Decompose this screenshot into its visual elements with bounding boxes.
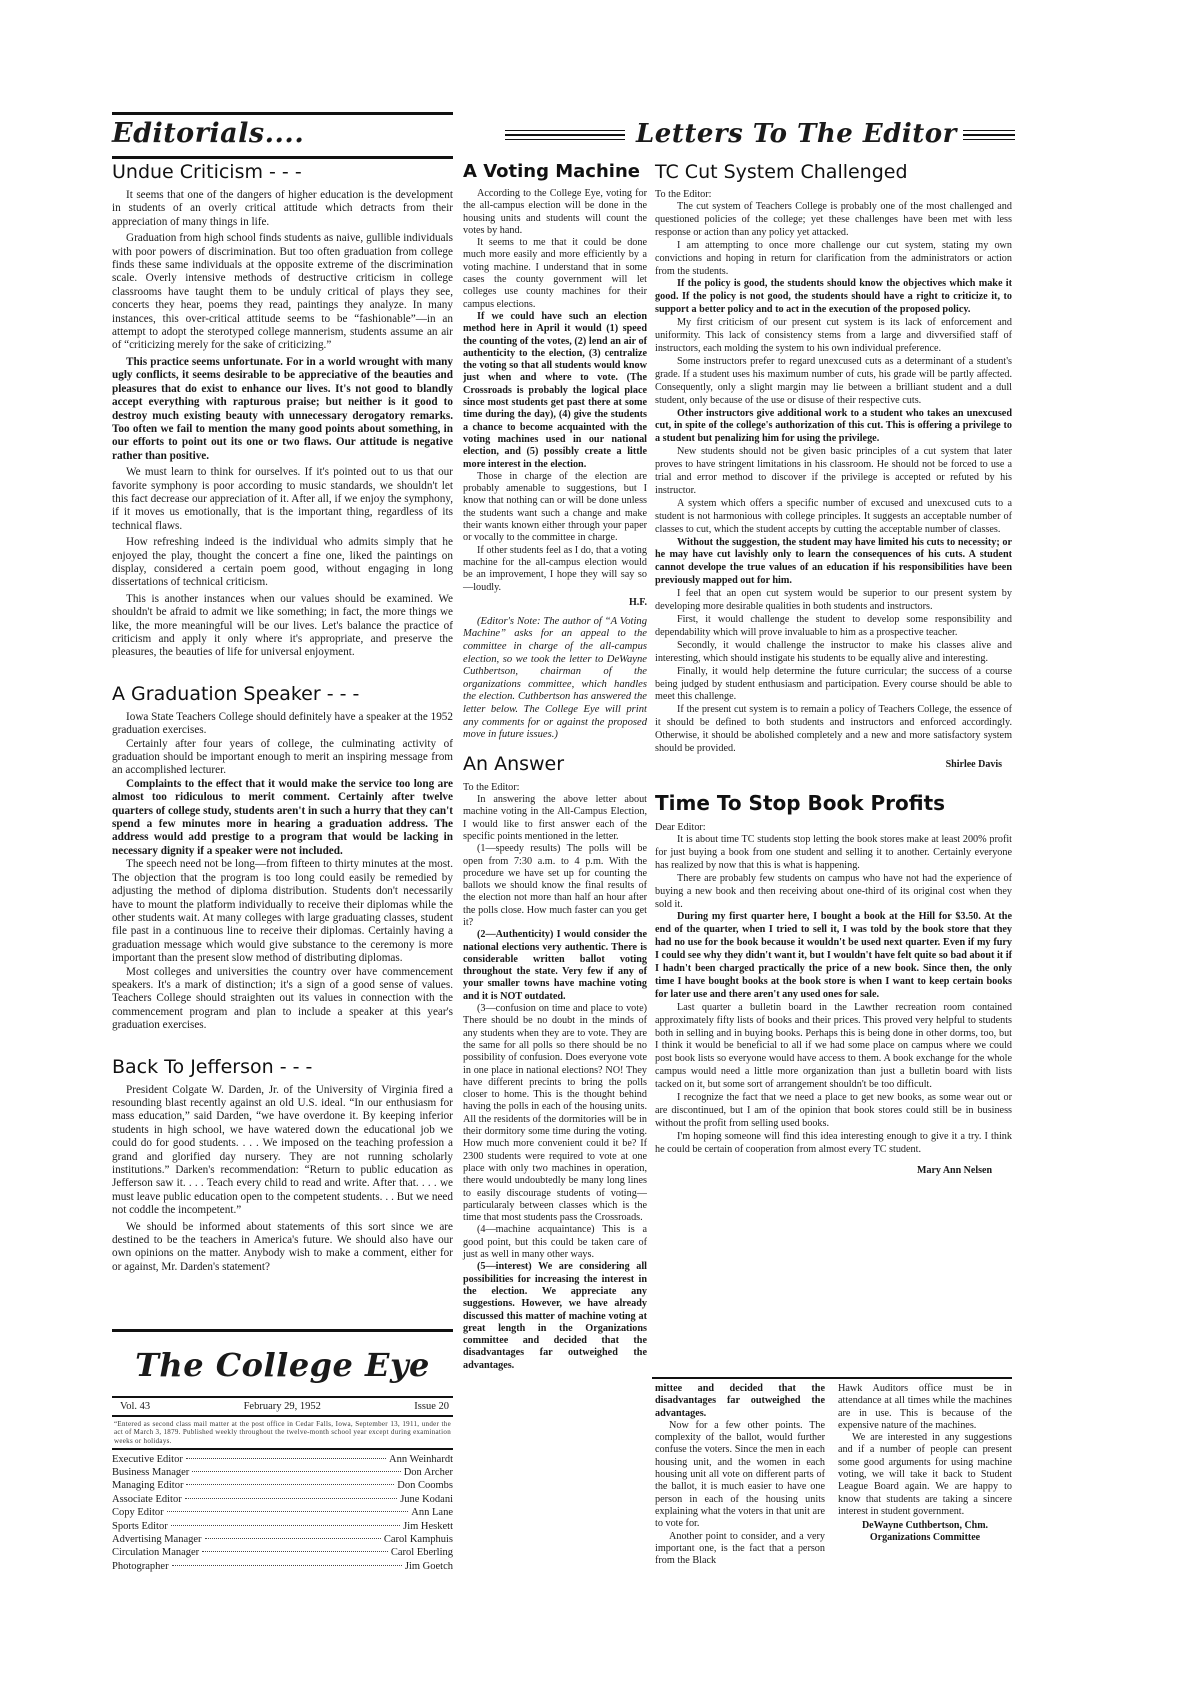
staff-row: Managing EditorDon Coombs [112,1479,453,1492]
staff-name: Ann Weinhardt [389,1453,453,1466]
signature-hf: H.F. [463,597,647,608]
staff-name: Carol Kamphuis [384,1533,453,1546]
letter-title-cut-system: TC Cut System Challenged [655,160,1012,184]
mailing-notice: “Entered as second class mail matter at … [112,1417,453,1449]
paragraph: If the present cut system is to remain a… [655,704,1012,756]
paragraph-bold: (5—interest) We are considering all poss… [463,1261,647,1372]
paragraph: Those in charge of the election are prob… [463,471,647,545]
paragraph: According to the College Eye, voting for… [463,188,647,237]
paragraph: If other students feel as I do, that a v… [463,545,647,594]
paragraph: (4—machine acquaintance) This is a good … [463,1224,647,1261]
staff-role: Managing Editor [112,1479,183,1492]
paragraph: First, it would challenge the student to… [655,614,1012,640]
staff-name: Don Archer [404,1466,453,1479]
editorial-title: Back To Jefferson - - - [112,1055,453,1079]
masthead-rule [112,1448,453,1450]
volume-number: Vol. 43 [120,1399,150,1415]
staff-role: Executive Editor [112,1453,183,1466]
paragraph: I feel that an open cut system would be … [655,588,1012,614]
paragraph: President Colgate W. Darden, Jr. of the … [112,1084,453,1218]
letter-title-voting-machine: A Voting Machine [463,160,647,184]
paragraph: I'm hoping someone will find this idea i… [655,1131,1012,1157]
editorial-graduation-speaker: A Graduation Speaker - - - Iowa State Te… [112,682,453,1033]
staff-row: Circulation ManagerCarol Eberling [112,1546,453,1559]
staff-role: Business Manager [112,1466,189,1479]
editorial-undue-criticism: Undue Criticism - - - It seems that one … [112,160,453,660]
letter-title-book-profits: Time To Stop Book Profits [655,790,1012,816]
paragraph: Now for a few other points. The complexi… [655,1420,825,1531]
paragraph: Secondly, it would challenge the instruc… [655,640,1012,666]
issue-date: February 29, 1952 [244,1399,321,1415]
paragraph: This is another instances when our value… [112,593,453,660]
paragraph-bold: If we could have such an election method… [463,311,647,471]
staff-name: Don Coombs [397,1479,453,1492]
paragraph-bold: Other instructors give additional work t… [655,408,1012,447]
signature-mary-ann-nelsen: Mary Ann Nelsen [655,1165,1012,1176]
staff-role: Advertising Manager [112,1533,202,1546]
paragraph: Iowa State Teachers College should defin… [112,711,453,738]
letters-middle-column: A Voting Machine According to the Colleg… [463,160,647,1372]
paragraph: (1—speedy results) The polls will be ope… [463,843,647,929]
masthead-info-bar: Vol. 43 February 29, 1952 Issue 20 [112,1398,453,1415]
staff-row: PhotographerJim Goetch [112,1560,453,1573]
top-rule-left [112,112,453,115]
staff-role: Copy Editor [112,1506,164,1519]
staff-row: Executive EditorAnn Weinhardt [112,1453,453,1466]
paragraph: I recognize the fact that we need a plac… [655,1092,1012,1131]
staff-role: Circulation Manager [112,1546,199,1559]
editorials-heading: Editorials.... [112,118,304,150]
paragraph-bold: This practice seems unfortunate. For in … [112,356,453,463]
salutation: Dear Editor: [655,821,1012,834]
staff-row: Sports EditorJim Heskett [112,1520,453,1533]
paragraph: How refreshing indeed is the individual … [112,536,453,590]
paragraph: It seems that one of the dangers of high… [112,189,453,229]
editors-note: (Editor's Note: The author of “A Voting … [463,616,647,742]
staff-row: Copy EditorAnn Lane [112,1506,453,1519]
paragraph: Graduation from high school finds studen… [112,232,453,353]
paragraph: My first criticism of our present cut sy… [655,317,1012,356]
staff-role: Photographer [112,1560,169,1573]
paragraph: We are interested in any suggestions and… [838,1432,1012,1518]
paragraph: A system which offers a specific number … [655,498,1012,537]
salutation: To the Editor: [655,188,1012,201]
paragraph-bold: Complaints to the effect that it would m… [112,778,453,858]
answer-continuation-2: Hawk Auditors office must be in attendan… [838,1383,1012,1544]
paragraph: Most colleges and universities the count… [112,966,453,1033]
paragraph-bold-continued: mittee and decided that the disadvantage… [655,1383,825,1420]
paragraph: (3—confusion on time and place to vote) … [463,1003,647,1224]
staff-name: June Kodani [400,1493,453,1506]
staff-list: Executive EditorAnn Weinhardt Business M… [112,1453,453,1574]
paragraph-bold: (2—Authenticity) I would consider the na… [463,929,647,1003]
staff-name: Carol Eberling [391,1546,453,1559]
paragraph-bold: During my first quarter here, I bought a… [655,911,1012,1001]
issue-number: Issue 20 [414,1399,449,1415]
paragraph: We should be informed about statements o… [112,1221,453,1275]
staff-role: Associate Editor [112,1493,182,1506]
paragraph-continued: Hawk Auditors office must be in attendan… [838,1383,1012,1432]
paragraph: It seems to me that it could be done muc… [463,237,647,311]
continuation-divider [652,1377,1012,1379]
paragraph: Some instructors prefer to regard unexcu… [655,356,1012,408]
staff-name: Jim Goetch [405,1560,453,1573]
signature-name: DeWayne Cuthbertson, Chm. [838,1520,1012,1532]
paragraph: Last quarter a bulletin board in the Law… [655,1002,1012,1092]
signature-shirlee-davis: Shirlee Davis [655,759,1012,770]
staff-name: Jim Heskett [403,1520,453,1533]
signature-cuthbertson: DeWayne Cuthbertson, Chm. Organizations … [838,1520,1012,1544]
letter-title-answer: An Answer [463,752,647,776]
paragraph: New students should not be given basic p… [655,446,1012,498]
paragraph: It is about time TC students stop lettin… [655,834,1012,873]
staff-row: Business ManagerDon Archer [112,1466,453,1479]
paragraph: I am attempting to once more challenge o… [655,240,1012,279]
staff-role: Sports Editor [112,1520,168,1533]
letters-heading: Letters To The Editor [636,118,957,150]
editorials-column: Undue Criticism - - - It seems that one … [112,160,453,1274]
paragraph: Certainly after four years of college, t… [112,738,453,778]
paragraph: There are probably few students on campu… [655,873,1012,912]
letters-right-column: TC Cut System Challenged To the Editor: … [655,160,1012,1176]
editorial-title: Undue Criticism - - - [112,160,453,184]
answer-continuation-1: mittee and decided that the disadvantage… [655,1383,825,1567]
masthead-title: The College Eye [112,1336,453,1394]
paragraph-bold: Without the suggestion, the student may … [655,537,1012,589]
letters-left-ornament [505,124,625,146]
staff-name: Ann Lane [411,1506,453,1519]
masthead-top-rule [112,1329,453,1332]
editorial-back-to-jefferson: Back To Jefferson - - - President Colgat… [112,1055,453,1275]
paragraph: The speech need not be long—from fifteen… [112,858,453,965]
letters-right-ornament [963,124,1015,146]
signature-org: Organizations Committee [838,1532,1012,1544]
editorials-underline [112,156,453,159]
paragraph-start: Another point to consider, and a very im… [655,1531,825,1568]
staff-row: Advertising ManagerCarol Kamphuis [112,1533,453,1546]
staff-row: Associate EditorJune Kodani [112,1493,453,1506]
paragraph: The cut system of Teachers College is pr… [655,201,1012,240]
editorial-title: A Graduation Speaker - - - [112,682,453,706]
paragraph: We must learn to think for ourselves. If… [112,466,453,533]
paragraph: Finally, it would help determine the fut… [655,666,1012,705]
masthead: The College Eye Vol. 43 February 29, 195… [112,1329,453,1573]
paragraph-bold: If the policy is good, the students shou… [655,278,1012,317]
paragraph: In answering the above letter about mach… [463,794,647,843]
salutation: To the Editor: [463,782,647,794]
